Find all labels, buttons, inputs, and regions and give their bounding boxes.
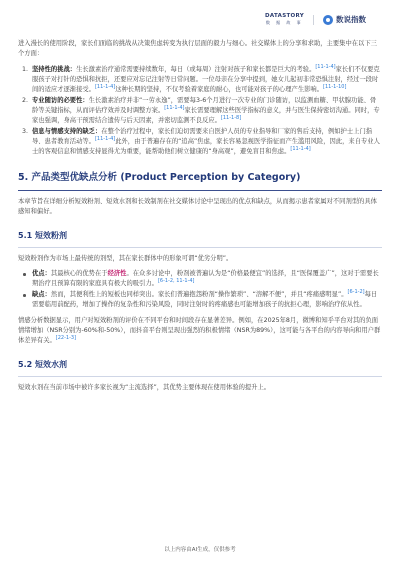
citation-link[interactable]: [11-1-4] [164, 105, 184, 111]
list-number: 1. [22, 65, 28, 75]
challenge-title: 专业随访的必要性： [32, 97, 89, 104]
subsection-intro: 短效水剂在当前市场中被许多家长视为“主流选择”，其优势主要体现在使用体验的提升上… [18, 383, 382, 393]
list-number: 3. [22, 127, 28, 137]
subsection-heading: 5.1 短效粉剂 [18, 230, 382, 248]
challenges-list: 1. 坚持性的挑战：生长激素治疗通常需要持续数年，每日（或每周）注射对孩子和家长… [18, 65, 382, 157]
section-heading: 5. 产品类型优缺点分析 (Product Perception by Cate… [18, 169, 382, 191]
challenge-item: 3. 信息与情感支持的缺乏：在整个治疗过程中，家长们迫切需要来自医护人员的专业指… [18, 127, 382, 157]
shuoshuo-logo: 数说指数 [323, 14, 366, 25]
cons-item: 缺点：然而，其便利性上的短板也同样突出。家长们普遍抱怨粉剂“操作繁琐”、“溶解不… [18, 290, 382, 310]
datastory-logo-cn: 数 据 故 事 [266, 21, 303, 25]
citation-link[interactable]: [6-1-2, 11-1-4] [158, 278, 195, 284]
challenge-text: 生长激素治疗通常需要持续数年，每日（或每周）注射对孩子和家长都是巨大的考验。 [76, 66, 315, 73]
challenge-text: 这种长期的坚持，不仅考验着家庭的耐心，也可能对孩子的心理产生影响。 [115, 86, 323, 93]
citation-link[interactable]: [11-1-4] [315, 64, 335, 70]
shuoshuo-logo-text: 数说指数 [336, 14, 366, 25]
citation-link[interactable]: [22-1-3] [56, 335, 76, 341]
section-intro: 本章节旨在详细分析短效粉剂、短效水剂和长效制剂在社交媒体讨论中呈现出的优点和缺点… [18, 197, 382, 217]
ai-disclaimer: 以上内容由AI生成，仅供参考 [0, 545, 400, 553]
subsection-intro: 短效粉剂作为市场上最传统的剂型，其在家长群体中的形象可谓“优劣分明”。 [18, 254, 382, 264]
datastory-logo: DATASTORY 数 据 故 事 [265, 14, 304, 25]
citation-link[interactable]: [11-1-4] [290, 146, 310, 152]
pros-cons-list: 优点：其最核心的优势在于经济性。在众多讨论中，粉剂被普遍认为是“价格最便宜”的选… [18, 269, 382, 310]
citation-link[interactable]: [11-1-8] [221, 115, 241, 121]
cons-text: 然而，其便利性上的短板也同样突出。家长们普遍抱怨粉剂“操作繁琐”、“溶解不便”，… [51, 291, 348, 298]
subsection-heading: 5.2 短效水剂 [18, 359, 382, 377]
challenge-title: 坚持性的挑战： [32, 66, 76, 73]
citation-link[interactable]: [6-1-2] [348, 289, 365, 295]
citation-link[interactable]: [11-1-4] [95, 136, 115, 142]
sentiment-paragraph: 情感分析数据显示，用户对短效粉剂的评价在不同平台和时间段存在显著差异。例如，在2… [18, 316, 382, 346]
logo-divider [313, 15, 314, 25]
document-body: 进入漫长的使用阶段，家长们面临的挑战从决策焦虑转变为执行层面的毅力与细心。社交媒… [18, 39, 382, 393]
cons-label: 缺点： [32, 291, 51, 298]
challenge-title: 信息与情感支持的缺乏： [32, 128, 101, 135]
pros-text: 其最核心的优势在于 [51, 270, 108, 277]
pros-label: 优点： [32, 270, 51, 277]
highlight-keyword: 经济性 [108, 270, 127, 277]
shuoshuo-logo-icon [323, 15, 333, 25]
citation-link[interactable]: [11-1-4] [95, 84, 115, 90]
intro-paragraph: 进入漫长的使用阶段，家长们面临的挑战从决策焦虑转变为执行层面的毅力与细心。社交媒… [18, 39, 382, 59]
list-number: 2. [22, 96, 28, 106]
challenge-item: 1. 坚持性的挑战：生长激素治疗通常需要持续数年，每日（或每周）注射对孩子和家长… [18, 65, 382, 95]
pros-item: 优点：其最核心的优势在于经济性。在众多讨论中，粉剂被普遍认为是“价格最便宜”的选… [18, 269, 382, 289]
challenge-item: 2. 专业随访的必要性：生长激素治疗并非“一劳永逸”，需要每3-6个月进行一次专… [18, 96, 382, 126]
datastory-logo-en: DATASTORY [265, 14, 304, 20]
citation-link[interactable]: [11-1-10] [323, 84, 346, 90]
brand-header: DATASTORY 数 据 故 事 数说指数 [265, 14, 366, 25]
